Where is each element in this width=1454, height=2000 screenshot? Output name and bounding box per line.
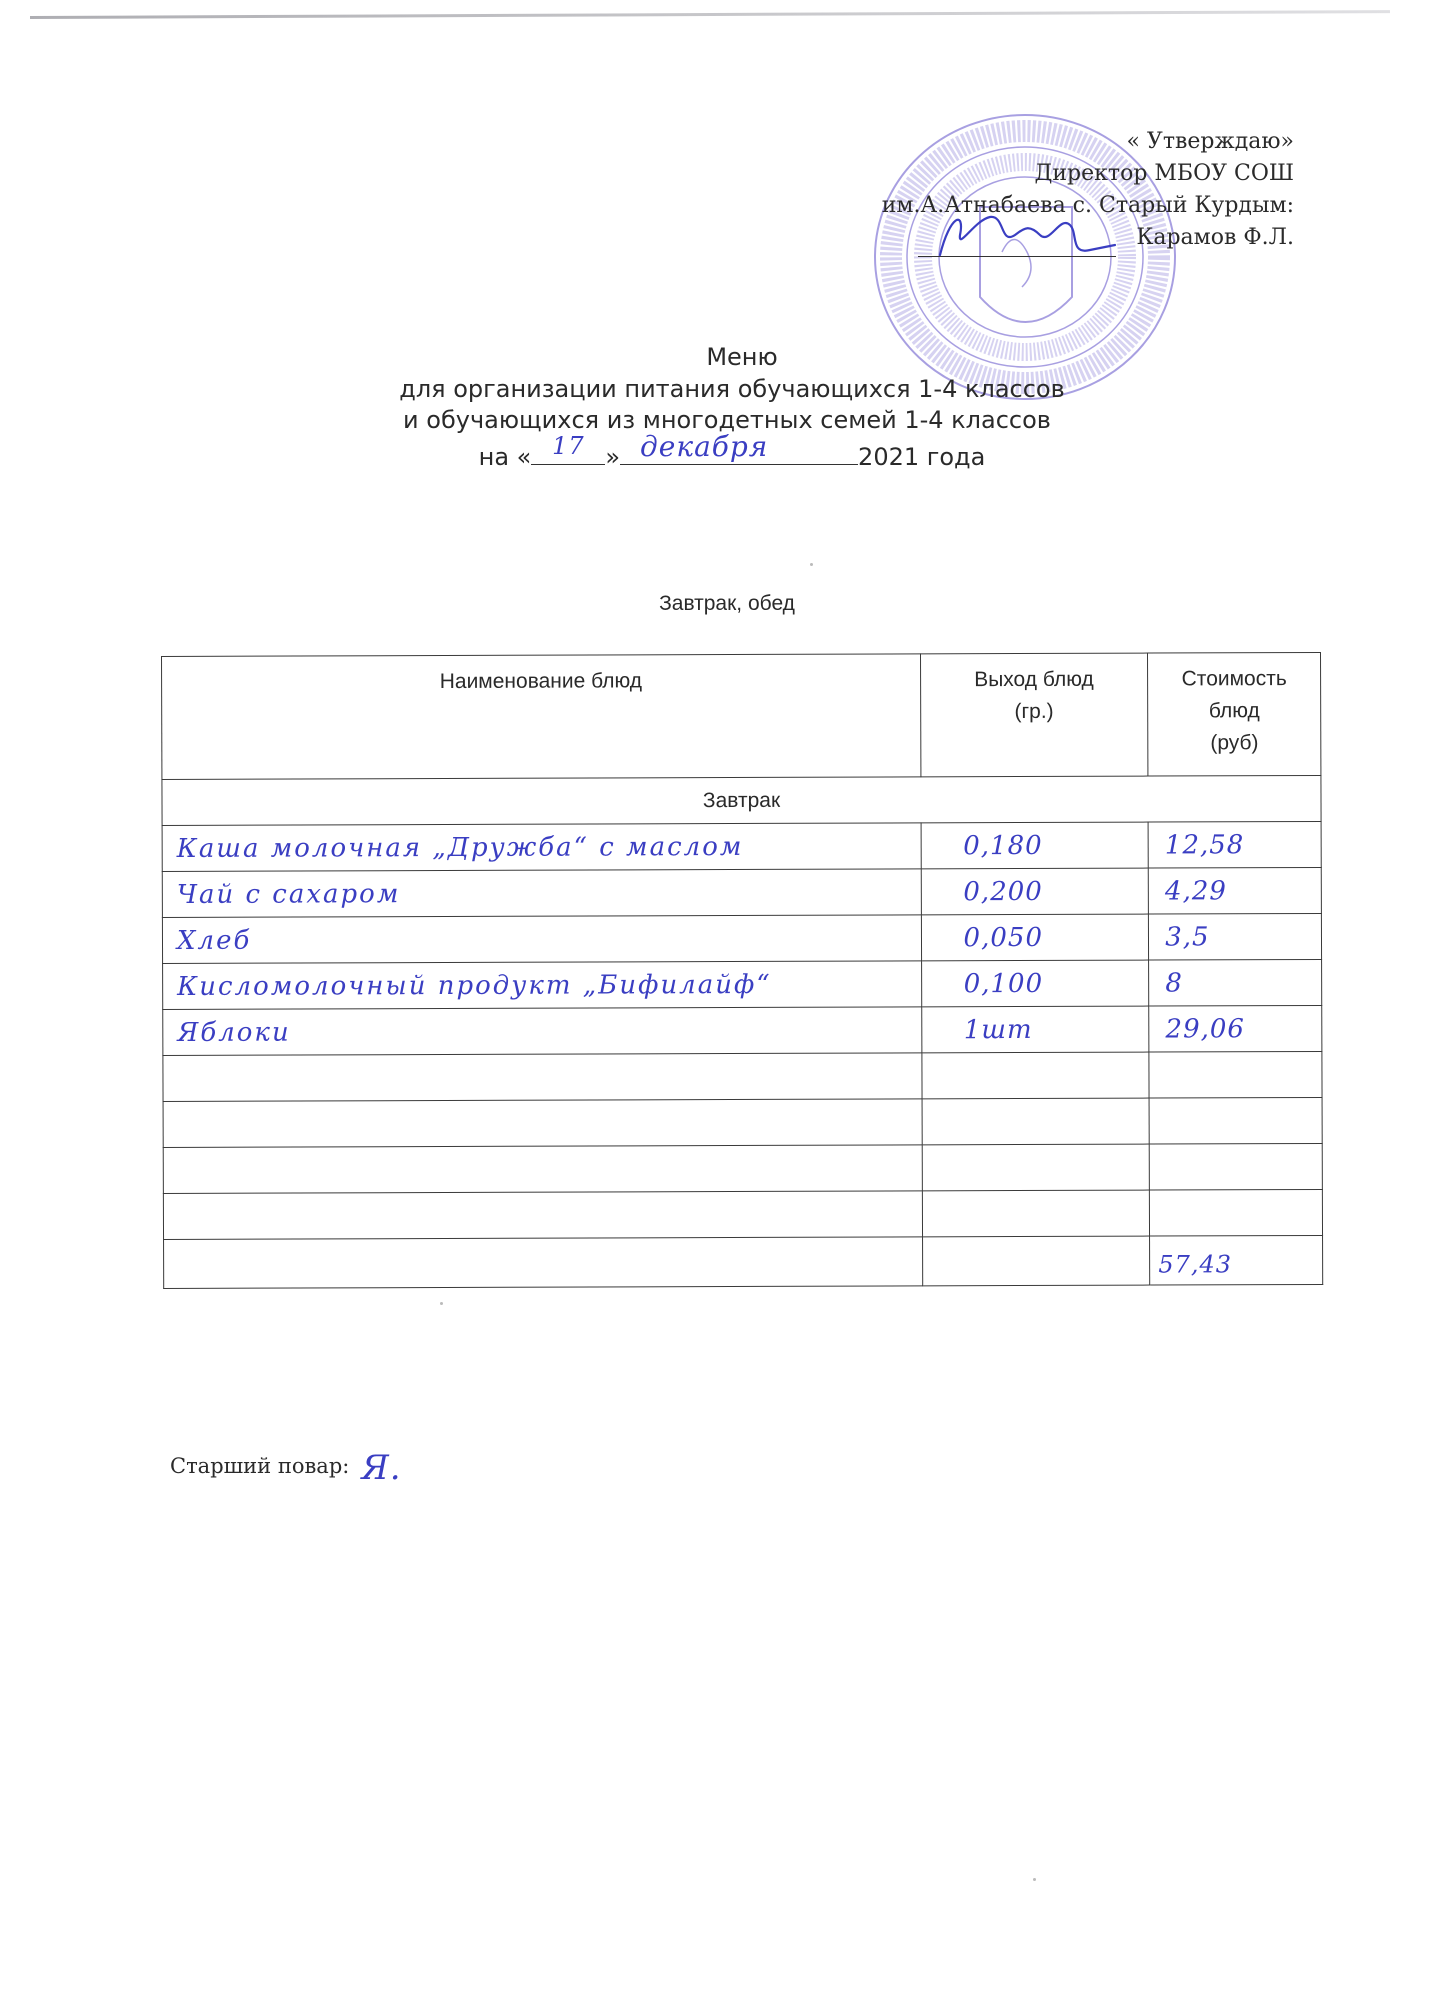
date-mid: » [605, 443, 620, 471]
header-yield-line1: Выход блюд [921, 664, 1148, 697]
header-yield-line2: (гр.) [921, 696, 1148, 729]
dish-cost-cell[interactable]: 12,58 [1148, 821, 1321, 868]
dish-name-cell[interactable] [163, 1053, 922, 1102]
dish-name-cell[interactable] [163, 1191, 922, 1240]
approval-block: « Утверждаю» Директор МБОУ СОШ им.А.Атна… [882, 126, 1294, 254]
total-name-cell[interactable] [164, 1237, 923, 1289]
dish-yield [922, 1121, 1149, 1122]
date-prefix: на « [479, 443, 532, 471]
table-row: Кисломолочный продукт „Бифилайф“ 0,100 8 [163, 959, 1322, 1009]
dish-name-cell[interactable] [163, 1099, 922, 1148]
dish-cost-cell[interactable]: 4,29 [1148, 867, 1321, 914]
table-row: Хлеб 0,050 3,5 [162, 913, 1321, 963]
approval-position: Директор МБОУ СОШ [882, 158, 1294, 190]
table-row: Яблоки 1шт 29,06 [163, 1005, 1322, 1055]
dish-yield-cell[interactable]: 1шт [921, 1006, 1149, 1053]
date-day-field[interactable]: 17 [531, 437, 605, 465]
section-row-breakfast: Завтрак [162, 775, 1321, 825]
dish-name-cell[interactable]: Хлеб [162, 915, 921, 964]
date-month-value: декабря [620, 431, 858, 463]
senior-cook-line: Старший повар:Я. [170, 1448, 402, 1488]
dish-yield: 0,180 [921, 825, 1148, 866]
title-purpose: для организации питания обучающихся 1-4 … [0, 374, 1454, 406]
table-row [163, 1143, 1322, 1193]
total-yield-cell[interactable] [922, 1236, 1150, 1286]
dish-name: Чай с сахаром [163, 872, 921, 915]
dish-cost-cell[interactable]: 8 [1149, 959, 1322, 1006]
dish-cost-cell[interactable]: 3,5 [1149, 913, 1322, 960]
dish-cost-cell[interactable] [1149, 1097, 1322, 1144]
approval-signatory: Карамов Ф.Л. [882, 222, 1294, 254]
dish-name-cell[interactable]: Яблоки [163, 1007, 922, 1056]
header-dish-name: Наименование блюд [162, 654, 921, 780]
dish-yield [922, 1167, 1149, 1168]
dish-cost [1150, 1166, 1322, 1167]
total-cost: 57,43 [1150, 1236, 1322, 1285]
dish-cost [1150, 1212, 1322, 1213]
header-dish-name-label: Наименование блюд [162, 664, 920, 699]
dish-yield [922, 1213, 1149, 1214]
signature-line [918, 256, 1116, 257]
total-row: 57,43 [164, 1235, 1323, 1288]
dish-yield: 0,100 [922, 963, 1149, 1004]
dish-cost [1150, 1074, 1322, 1075]
header-cost-line1: Стоимость [1148, 663, 1320, 696]
dish-cost-cell[interactable] [1149, 1143, 1322, 1190]
header-cost-line3: (руб) [1148, 727, 1320, 760]
approval-heading: « Утверждаю» [882, 126, 1294, 158]
dish-yield: 1шт [922, 1009, 1149, 1050]
approval-organization: им.А.Атнабаева с. Старый Курдым: [882, 190, 1294, 222]
dish-name: Каша молочная „Дружба“ с маслом [163, 826, 921, 869]
table-row: Чай с сахаром 0,200 4,29 [162, 867, 1321, 917]
table-row: Каша молочная „Дружба“ с маслом 0,180 12… [162, 821, 1321, 871]
date-day-value: 17 [531, 431, 605, 463]
header-yield: Выход блюд (гр.) [920, 653, 1148, 777]
dish-yield: 0,200 [921, 871, 1148, 912]
header-cost: Стоимость блюд (руб) [1148, 652, 1321, 776]
total-cost-cell[interactable]: 57,43 [1150, 1235, 1323, 1285]
dish-yield-cell[interactable]: 0,200 [921, 868, 1149, 915]
senior-cook-label: Старший повар: [170, 1454, 349, 1478]
total-name [164, 1261, 922, 1264]
dish-cost: 29,06 [1149, 1008, 1321, 1049]
dish-cost: 3,5 [1149, 916, 1321, 957]
menu-table: Наименование блюд Выход блюд (гр.) Стоим… [161, 652, 1323, 1289]
dish-name-cell[interactable] [163, 1145, 922, 1194]
dish-yield-cell[interactable]: 0,100 [921, 960, 1149, 1007]
header-cost-line2: блюд [1148, 695, 1320, 728]
dish-name: Хлеб [163, 918, 921, 961]
table-header-row: Наименование блюд Выход блюд (гр.) Стоим… [162, 652, 1321, 779]
table-row [163, 1051, 1322, 1101]
meal-title: Завтрак, обед [0, 592, 1454, 616]
dish-name [164, 1122, 922, 1125]
total-yield [923, 1261, 1150, 1262]
date-month-field[interactable]: декабря [620, 437, 858, 465]
dish-cost-cell[interactable] [1150, 1189, 1323, 1236]
dish-yield-cell[interactable] [921, 1052, 1149, 1099]
dish-cost [1150, 1120, 1322, 1121]
dish-name: Кисломолочный продукт „Бифилайф“ [163, 964, 921, 1007]
table-row [163, 1189, 1322, 1239]
dish-cost: 4,29 [1149, 870, 1321, 911]
dish-yield-cell[interactable]: 0,050 [921, 914, 1149, 961]
dish-cost: 12,58 [1149, 824, 1321, 865]
table-row [163, 1097, 1322, 1147]
dish-name: Яблоки [163, 1010, 921, 1053]
scan-speck [1033, 1878, 1036, 1881]
dish-yield [922, 1075, 1149, 1076]
document-title: Меню для организации питания обучающихся… [0, 342, 1454, 473]
date-suffix: 2021 года [858, 443, 985, 471]
scan-edge-line [30, 10, 1390, 19]
dish-cost-cell[interactable] [1149, 1051, 1322, 1098]
dish-name-cell[interactable]: Чай с сахаром [162, 869, 921, 918]
title-menu: Меню [0, 342, 1454, 374]
dish-name [164, 1214, 922, 1217]
dish-name [163, 1076, 921, 1079]
dish-cost: 8 [1149, 962, 1321, 1003]
senior-cook-signature: Я. [361, 1448, 401, 1488]
dish-yield-cell[interactable] [922, 1190, 1150, 1237]
dish-name-cell[interactable]: Каша молочная „Дружба“ с маслом [162, 823, 921, 872]
title-date: на «17»декабря2021 года [0, 437, 1454, 474]
dish-name-cell[interactable]: Кисломолочный продукт „Бифилайф“ [163, 961, 922, 1010]
scan-speck [810, 563, 813, 566]
dish-cost-cell[interactable]: 29,06 [1149, 1005, 1322, 1052]
dish-yield-cell[interactable]: 0,180 [921, 822, 1149, 869]
dish-name [164, 1168, 922, 1171]
dish-yield-cell[interactable] [922, 1144, 1150, 1191]
section-label: Завтрак [162, 775, 1321, 825]
dish-yield: 0,050 [921, 917, 1148, 958]
scan-speck [440, 1302, 443, 1305]
dish-yield-cell[interactable] [922, 1098, 1150, 1145]
